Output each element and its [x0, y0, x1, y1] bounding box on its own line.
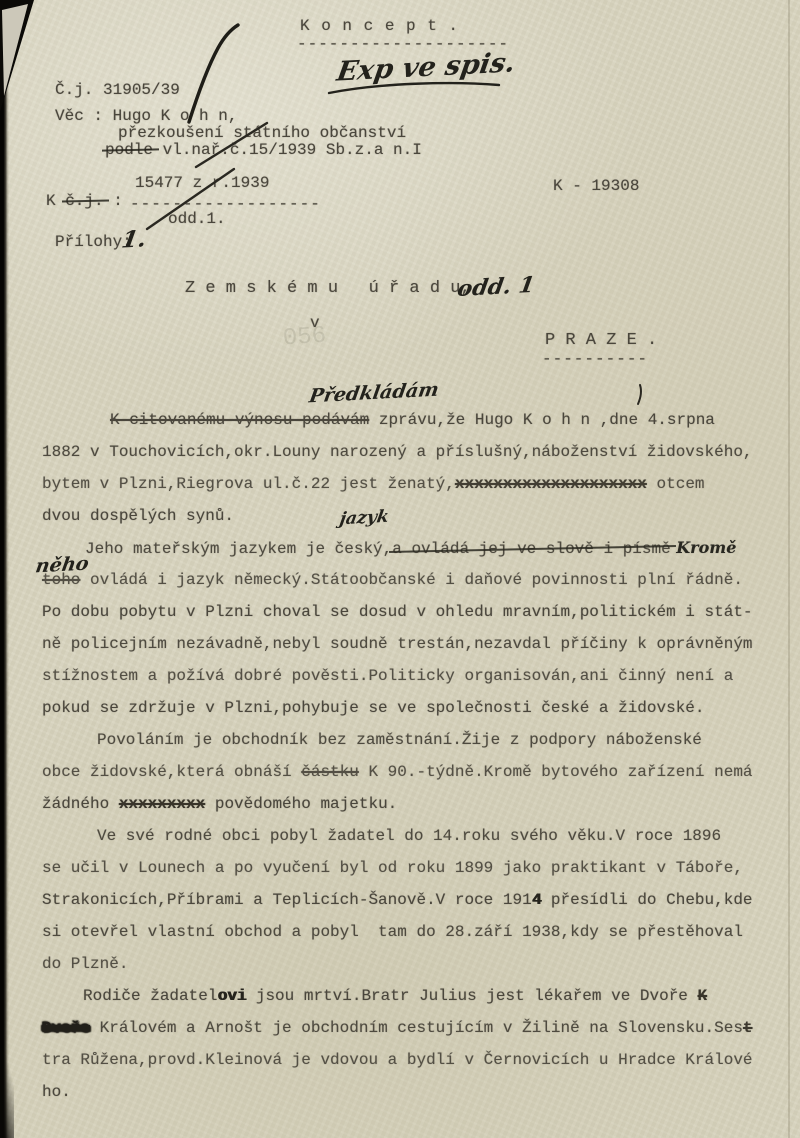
paper-crease — [788, 0, 790, 1138]
struck-text: xxxxxxxxxxxxxxxxxxxx — [455, 475, 647, 493]
body-text: Předkládám jazyk něho K citovanému výnos… — [42, 404, 782, 1108]
typed-text: K 90.-týdně.Kromě bytového zařízení nemá — [359, 763, 753, 781]
subject-line-3-rest: vl.nař.č.15/1939 Sb.z.a n.I — [153, 141, 422, 159]
body-line: Ve své rodné obci pobyl žadatel do 14.ro… — [42, 820, 782, 852]
typed-text: pokud se zdržuje v Plzni,pohybuje se ve … — [42, 699, 705, 717]
subject-name: Hugo K o h n, — [113, 107, 238, 125]
typed-text: bytem v Plzni,Riegrova ul.č.22 jest žena… — [42, 475, 455, 493]
handwritten-department-note: odd. 1 — [456, 272, 537, 302]
typed-text: Strakonicích,Příbrami a Teplicích-Šanově… — [42, 891, 532, 909]
faint-stamp: 056 — [282, 323, 327, 353]
typed-text: žádného — [42, 795, 119, 813]
city-name: P R A Z E . — [545, 332, 657, 349]
body-line: se učil v Lounech a po vyučení byl od ro… — [42, 852, 782, 884]
body-line: si otevřel vlastní obchod a pobyl tam do… — [42, 916, 782, 948]
body-line: Rodiče žadatelovi jsou mrtví.Bratr Juliu… — [42, 980, 782, 1012]
body-line: K citovanému výnosu podávám zprávu,že Hu… — [42, 404, 782, 436]
draft-label: K o n c e p t . — [300, 18, 459, 34]
struck-text: a ovládá jej ve slově i písmě — [392, 540, 670, 558]
typed-text: ovládá i jazyk německý.Státoobčanské i d… — [80, 571, 743, 589]
typed-text: obce židovské,která obnáší — [42, 763, 301, 781]
typed-text: se učil v Lounech a po vyučení byl od ro… — [42, 859, 743, 877]
body-line: Povoláním je obchodník bez zaměstnání.Ži… — [42, 724, 782, 756]
body-line: obce židovské,která obnáší částku K 90.-… — [42, 756, 782, 788]
city-underline: ---------- — [542, 351, 648, 367]
body-line: ho. — [42, 1076, 782, 1108]
typed-text: ně policejním nezávadně,nebyl soudně tre… — [42, 635, 753, 653]
struck-ref-cj: č.j. — [65, 192, 103, 210]
body-line: Jeho mateřským jazykem je český,a ovládá… — [42, 532, 782, 564]
reference-department: odd.1. — [168, 211, 226, 227]
body-line: žádného xxxxxxxxx povědomého majetku. — [42, 788, 782, 820]
typed-text: Rodiče žadatel — [83, 987, 217, 1005]
struck-text: xxxxxxxxx — [119, 795, 205, 813]
struck-text: K — [698, 987, 708, 1005]
typed-text: Ve své rodné obci pobyl žadatel do 14.ro… — [97, 827, 721, 845]
subject-line-3: podle vl.nař.č.15/1939 Sb.z.a n.I — [105, 142, 422, 158]
struck-text: částku — [301, 763, 359, 781]
small-hand-tick — [638, 385, 641, 404]
reference-number: 15477 z r.1939 — [135, 175, 269, 191]
body-line: 1882 v Touchovicích,okr.Louny narozený a… — [42, 436, 782, 468]
file-number: Č.j. 31905/39 — [55, 82, 180, 98]
typed-text: zprávu,že Hugo K o h n ,dne 4.srpna — [369, 411, 715, 429]
body-line: stížnostem a požívá dobré pověsti.Politi… — [42, 660, 782, 692]
scanned-document-page: K o n c e p t . -------------------- Exp… — [0, 0, 800, 1138]
body-line: Strakonicích,Příbrami a Teplicích-Šanově… — [42, 884, 782, 916]
typed-text: do Plzně. — [42, 955, 128, 973]
typed-text: jsou mrtví.Bratr Julius jest lékařem ve … — [246, 987, 697, 1005]
typed-text: 4 — [532, 891, 542, 909]
typed-text: Dvoře — [42, 1019, 90, 1037]
typed-text: Jeho mateřským jazykem je český, — [85, 540, 392, 558]
body-line: bytem v Plzni,Riegrova ul.č.22 jest žena… — [42, 468, 782, 500]
handwritten-attachment-count: 1. — [120, 225, 149, 253]
typed-text: Po dobu pobytu v Plzni choval se dosud v… — [42, 603, 753, 621]
typed-text: ovi — [217, 987, 246, 1005]
typed-text: dvou dospělých synů. — [42, 507, 234, 525]
body-line: dvou dospělých synů. — [42, 500, 782, 532]
body-line: pokud se zdržuje v Plzni,pohybuje se ve … — [42, 692, 782, 724]
typed-text: otcem — [647, 475, 705, 493]
body-line: toho ovládá i jazyk německý.Státoobčansk… — [42, 564, 782, 596]
body-line: ně policejním nezávadně,nebyl soudně tre… — [42, 628, 782, 660]
handwritten-exp-note: Exp ve spis. — [335, 47, 518, 87]
typed-text: stížnostem a požívá dobré pověsti.Politi… — [42, 667, 733, 685]
typed-text: ho. — [42, 1083, 71, 1101]
body-line: Dvoře Královém a Arnošt je obchodním ces… — [42, 1012, 782, 1044]
typed-text: tra Růžena,provd.Kleinová je vdovou a by… — [42, 1051, 753, 1069]
subject-line: Věc : Hugo K o h n, — [55, 108, 237, 124]
struck-text: toho — [42, 571, 80, 589]
typed-text: povědomého majetku. — [205, 795, 397, 813]
body-line: do Plzně. — [42, 948, 782, 980]
typed-text: Povoláním je obchodník bez zaměstnání.Ži… — [97, 731, 702, 749]
reference-label: K č.j. : — [46, 193, 123, 209]
scan-edge-left — [0, 0, 9, 1138]
scan-corner-bottom-left — [0, 1048, 14, 1138]
handwritten-text: Kromě — [671, 538, 737, 557]
typed-text: si otevřel vlastní obchod a pobyl tam do… — [42, 923, 743, 941]
struck-word-podle: podle — [105, 141, 153, 159]
body-line: Po dobu pobytu v Plzni choval se dosud v… — [42, 596, 782, 628]
recipient-line: Z e m s k é m u ú ř a d u, — [185, 280, 471, 297]
typed-text: 1882 v Touchovicích,okr.Louny narozený a… — [42, 443, 753, 461]
subject-line-2: přezkoušení státního občanství — [118, 125, 406, 141]
k-number: K - 19308 — [553, 178, 639, 194]
struck-text: K citovanému výnosu podávám — [110, 411, 369, 429]
body-line: tra Růžena,provd.Kleinová je vdovou a by… — [42, 1044, 782, 1076]
subject-label: Věc : — [55, 107, 113, 125]
struck-text: t — [743, 1019, 753, 1037]
typed-text: Královém a Arnošt je obchodním cestující… — [90, 1019, 743, 1037]
typed-text: přesídli do Chebu,kde — [541, 891, 752, 909]
